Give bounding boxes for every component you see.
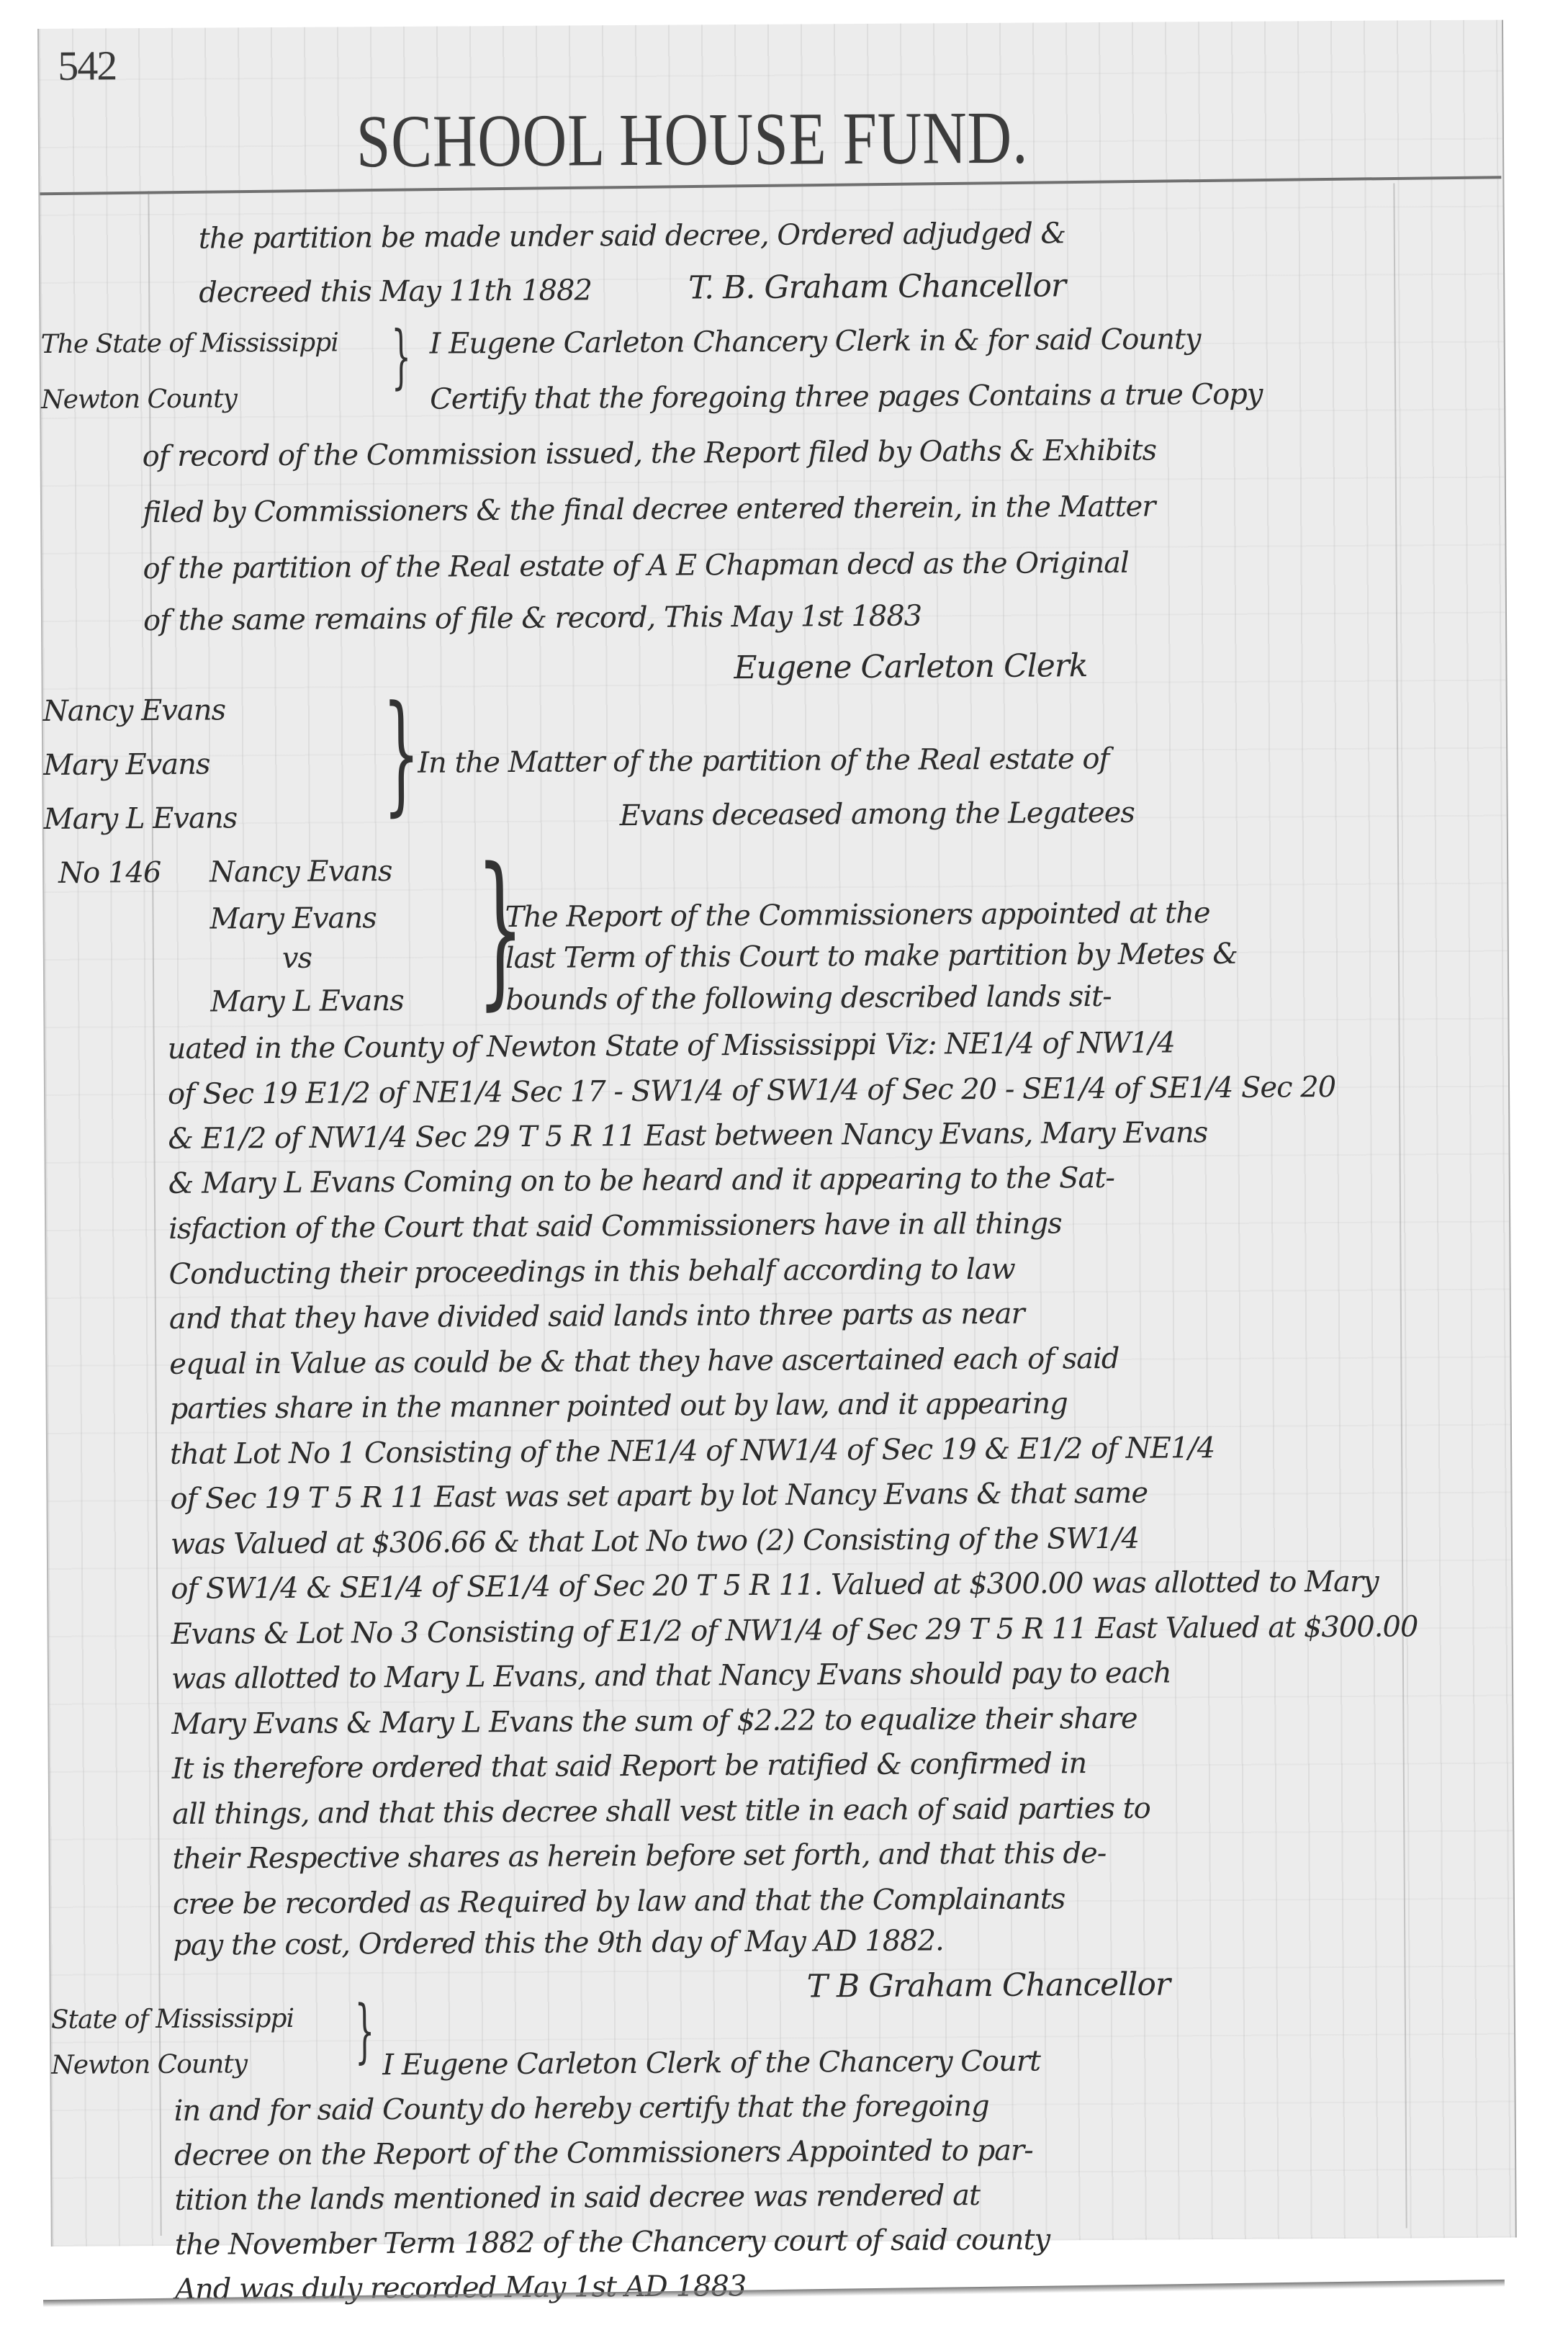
entry3-line-20: It is therefore ordered that said Report… <box>172 1747 1087 1786</box>
entry3-line-14: of Sec 19 T 5 R 11 East was set apart by… <box>170 1477 1148 1516</box>
case-number: No 146 <box>58 856 161 890</box>
entry3-line-15: was Valued at $306.66 & that Lot No two … <box>171 1522 1139 1561</box>
entry2-line-1: In the Matter of the partition of the Re… <box>418 742 1109 780</box>
cert1-line-5: of the partition of the Real estate of A… <box>143 547 1129 585</box>
cert1-line-4: filed by Commissioners & the final decre… <box>143 490 1155 530</box>
entry1-line-2: decreed this May 11th 1882 <box>199 274 592 309</box>
cert2-line-3: decree on the Report of the Commissioner… <box>174 2134 1033 2172</box>
entry3-line-12: parties share in the manner pointed out … <box>170 1387 1068 1426</box>
bracket-icon: } <box>354 1996 374 2065</box>
entry2-party-1: Nancy Evans <box>43 693 226 728</box>
entry1-line-1: the partition be made under said decree,… <box>199 217 1066 255</box>
page-number: 542 <box>58 41 116 89</box>
entry3-line-11: equal in Value as could be & that they h… <box>169 1342 1119 1381</box>
cert1-margin-county: Newton County <box>41 384 237 415</box>
entry3-line-23: cree be recorded as Required by law and … <box>173 1882 1065 1921</box>
entry3-line-7: & Mary L Evans Coming on to be heard and… <box>168 1161 1114 1200</box>
entry3-line-22: their Respective shares as herein before… <box>172 1837 1106 1876</box>
bracket-icon: } <box>391 322 411 391</box>
entry3-line-3: bounds of the following described lands … <box>505 980 1112 1017</box>
cert2-line-5: the November Term 1882 of the Chancery c… <box>175 2223 1050 2261</box>
entry3-line-18: was allotted to Mary L Evans, and that N… <box>171 1656 1171 1695</box>
cert1-signature: Eugene Carleton Clerk <box>734 647 1087 686</box>
cert1-line-6: of the same remains of file & record, Th… <box>143 600 922 638</box>
entry3-line-13: that Lot No 1 Consisting of the NE1/4 of… <box>170 1431 1215 1471</box>
entry3-signature: T B Graham Chancellor <box>806 1966 1170 2005</box>
cert2-margin-county: Newton County <box>51 2049 247 2080</box>
entry3-line-19: Mary Evans & Mary L Evans the sum of $2.… <box>171 1702 1137 1741</box>
entry3-versus: vs <box>282 942 312 975</box>
entry3-party-3: Mary L Evans <box>210 984 404 1019</box>
cert1-line-1: I Eugene Carleton Chancery Clerk in & fo… <box>430 323 1201 361</box>
cert2-line-1: I Eugene Carleton Clerk of the Chancery … <box>382 2045 1040 2082</box>
margin-rule-right <box>1393 183 1407 2228</box>
ledger-heading: SCHOOL HOUSE FUND. <box>356 95 1029 185</box>
ledger-page: 542 SCHOOL HOUSE FUND. the partition be … <box>37 20 1517 2247</box>
entry3-line-6: & E1/2 of NW1/4 Sec 29 T 5 R 11 East bet… <box>168 1116 1207 1156</box>
entry3-party-2: Mary Evans <box>209 901 376 935</box>
entry3-party-1: Nancy Evans <box>209 855 392 889</box>
entry2-party-3: Mary L Evans <box>44 801 238 836</box>
cert1-line-3: of record of the Commission issued, the … <box>142 434 1156 474</box>
entry2-party-2: Mary Evans <box>43 748 209 782</box>
entry3-line-16: of SW1/4 & SE1/4 of SE1/4 of Sec 20 T 5 … <box>171 1565 1379 1606</box>
cert2-line-4: tition the lands mentioned in said decre… <box>174 2179 980 2217</box>
cert1-margin-state: The State of Mississippi <box>41 328 338 359</box>
entry3-line-10: and that they have divided said lands in… <box>169 1298 1024 1336</box>
cert2-margin-state: State of Mississippi <box>51 2004 294 2035</box>
cert1-line-2: Certify that the foregoing three pages C… <box>430 378 1263 416</box>
entry3-line-17: Evans & Lot No 3 Consisting of E1/2 of N… <box>171 1610 1418 1651</box>
entry3-line-24: pay the cost, Ordered this the 9th day o… <box>173 1924 944 1962</box>
entry3-line-2: last Term of this Court to make partitio… <box>505 937 1238 975</box>
entry3-line-8: isfaction of the Court that said Commiss… <box>168 1207 1062 1246</box>
entry3-line-9: Conducting their proceedings in this beh… <box>168 1253 1015 1291</box>
bracket-icon: } <box>382 689 420 819</box>
entry2-line-2: Evans deceased among the Legatees <box>620 796 1135 832</box>
entry1-signature: T. B. Graham Chancellor <box>688 267 1065 306</box>
cert2-line-2: in and for said County do hereby certify… <box>174 2090 989 2128</box>
entry3-line-5: of Sec 19 E1/2 of NE1/4 Sec 17 - SW1/4 o… <box>168 1071 1335 1111</box>
entry3-line-1: The Report of the Commissioners appointe… <box>505 896 1209 934</box>
entry3-line-21: all things, and that this decree shall v… <box>172 1792 1150 1831</box>
entry3-line-4: uated in the County of Newton State of M… <box>168 1026 1175 1066</box>
